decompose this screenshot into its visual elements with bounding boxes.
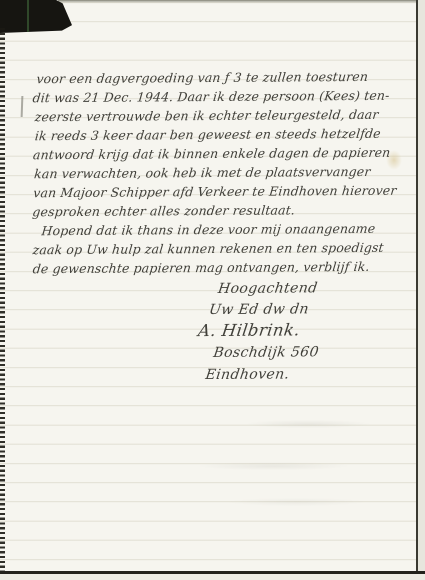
signature-name: A. Hilbrink.: [197, 320, 301, 340]
closing-salutation: Hoogachtend: [217, 280, 319, 297]
scanned-letter-page: voor een dagvergoeding van ƒ 3 te zullen…: [0, 0, 425, 580]
letter-line: Hopend dat ik thans in deze voor mij ona…: [41, 221, 376, 238]
handwritten-text: voor een dagvergoeding van ƒ 3 te zullen…: [0, 0, 425, 580]
letter-line: antwoord krijg dat ik binnen enkele dage…: [32, 145, 391, 163]
letter-line: kan verwachten, ook heb ik met de plaats…: [33, 164, 371, 181]
signature-city: Eindhoven.: [205, 366, 291, 383]
signature-address: Boschdijk 560: [212, 344, 320, 361]
letter-line: gesproken echter alles zonder resultaat.: [32, 202, 296, 219]
letter-line: dit was 21 Dec. 1944. Daar ik deze perso…: [32, 88, 390, 106]
letter-line: voor een dagvergoeding van ƒ 3 te zullen…: [36, 69, 369, 86]
letter-line: van Majoor Schipper afd Verkeer te Eindh…: [33, 183, 398, 201]
letter-line: zeerste vertrouwde ben ik echter teleurg…: [34, 107, 379, 124]
letter-line: zaak op Uw hulp zal kunnen rekenen en te…: [32, 240, 385, 257]
closing-formula: Uw Ed dw dn: [208, 301, 310, 318]
letter-line: de gewenschte papieren mag ontvangen, ve…: [32, 259, 370, 276]
letter-line: ik reeds 3 keer daar ben geweest en stee…: [34, 126, 381, 143]
